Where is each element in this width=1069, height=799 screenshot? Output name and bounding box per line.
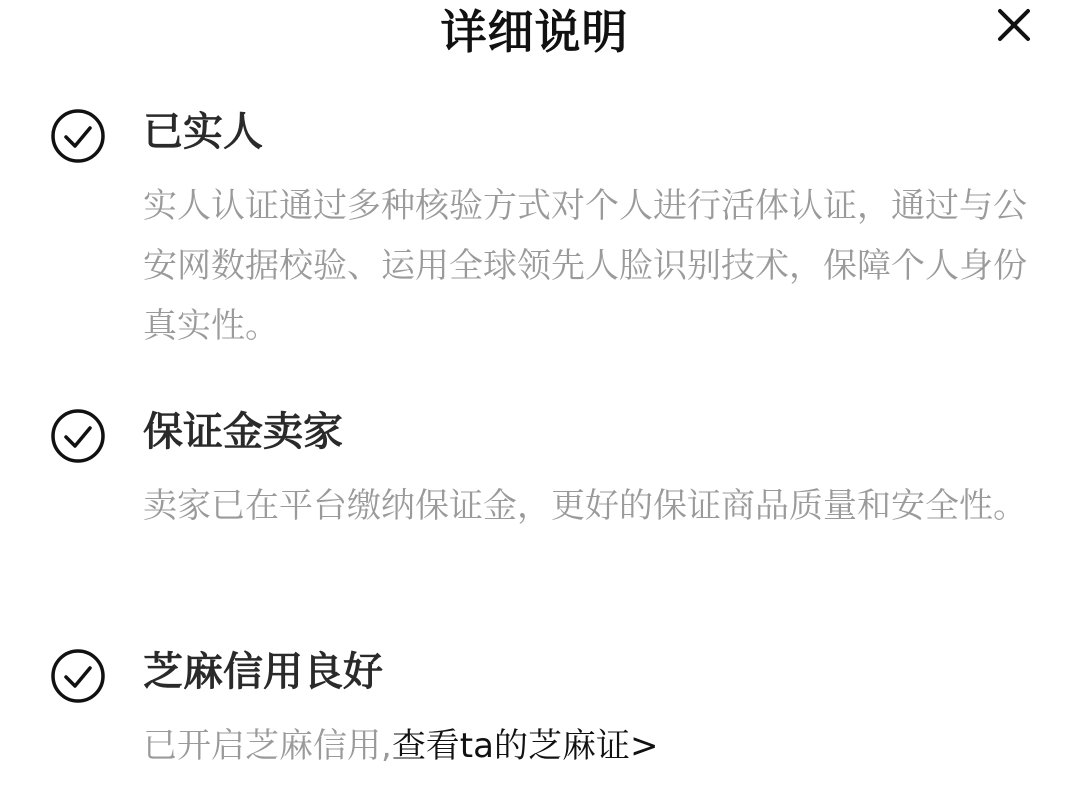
close-button[interactable] xyxy=(994,4,1038,44)
item-description-row: 已开启芝麻信用,查看ta的芝麻证> xyxy=(143,716,1038,776)
check-circle-icon xyxy=(50,408,106,464)
item-description: 已开启芝麻信用, xyxy=(143,726,392,766)
item-title: 保证金卖家 xyxy=(143,404,343,460)
item-title: 芝麻信用良好 xyxy=(143,644,383,700)
sheet-title: 详细说明 xyxy=(0,2,1069,62)
check-circle-icon xyxy=(50,648,106,704)
view-sesame-certificate-link[interactable]: 查看ta的芝麻证> xyxy=(392,726,659,766)
check-circle-icon xyxy=(50,108,106,164)
item-description: 卖家已在平台缴纳保证金，更好的保证商品质量和安全性。 xyxy=(143,476,1038,536)
item-description: 实人认证通过多种核验方式对个人进行活体认证，通过与公安网数据校验、运用全球领先人… xyxy=(143,176,1038,356)
detail-sheet: 详细说明 已实人 实人认证通过多种核验方式对个人进行活体认证，通过与公安网数据校… xyxy=(0,0,1069,799)
sheet-header: 详细说明 xyxy=(0,0,1069,70)
close-icon xyxy=(994,4,1038,44)
item-title: 已实人 xyxy=(143,104,263,160)
